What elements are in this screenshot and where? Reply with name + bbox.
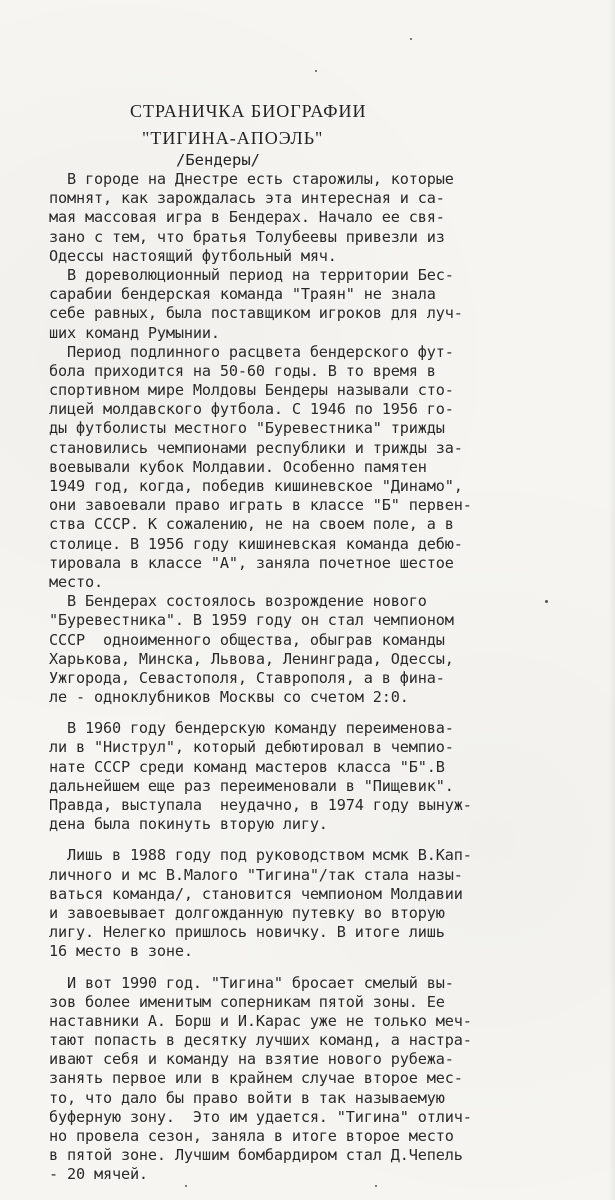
ink-speck	[375, 1185, 377, 1187]
text-line: занять первое или в крайнем случае второ…	[49, 1069, 609, 1088]
city-heading: /Бендеры/	[176, 151, 260, 169]
document-body: В городе на Днестре есть старожилы, кото…	[49, 170, 609, 1185]
text-line: ваться команда/, становится чемпионом Мо…	[49, 885, 609, 904]
text-line: в пятой зоне. Лучшим бомбардиром стал Д.…	[49, 1146, 609, 1165]
text-line: ивают себя и команду на взятие нового ру…	[49, 1050, 609, 1069]
club-name-heading: "ТИГИНА-АПОЭЛЬ"	[142, 128, 323, 149]
text-line: помнят, как зарождалась эта интересная и…	[49, 189, 609, 208]
text-line: ли в "Ниструл", который дебютировал в че…	[49, 738, 609, 757]
text-line: В дореволюционный период на территории Б…	[49, 266, 609, 285]
text-line: Лишь в 1988 году под руководством мсмк В…	[49, 846, 609, 865]
text-line: себе равных, была поставщиком игроков дл…	[49, 304, 609, 323]
text-line: ле - одноклубников Москвы со счетом 2:0.	[49, 688, 609, 707]
text-line: мая массовая игра в Бендерах. Начало ее …	[49, 208, 609, 227]
paragraph: Лишь в 1988 году под руководством мсмк В…	[49, 846, 609, 961]
text-line: Период подлинного расцвета бендерского ф…	[49, 343, 609, 362]
page-edge-shadow	[609, 0, 615, 1200]
text-line: 1949 год, когда, победив кишиневское "Ди…	[49, 477, 609, 496]
text-line: ды футболисты местного "Буревестника" тр…	[49, 419, 609, 438]
paragraph: В 1960 году бендерскую команду переимено…	[49, 719, 609, 834]
text-line: и завоевывает долгожданную путевку во вт…	[49, 904, 609, 923]
text-line: зов более именитым соперникам пятой зоны…	[49, 993, 609, 1012]
text-line: бола приходится на 50-60 годы. В то врем…	[49, 362, 609, 381]
text-line: ших команд Румынии.	[49, 324, 609, 343]
paragraph: Период подлинного расцвета бендерского ф…	[49, 343, 609, 592]
text-line: Ужгорода, Севастополя, Ставрополя, а в ф…	[49, 669, 609, 688]
text-line: сарабии бендерская команда "Траян" не зн…	[49, 285, 609, 304]
text-line: ства СССР. К сожалению, не на своем поле…	[49, 515, 609, 534]
text-line: столице. В 1956 году кишиневская команда…	[49, 535, 609, 554]
text-line: личного и мс В.Малого "Тигина"/так стала…	[49, 866, 609, 885]
text-line: В городе на Днестре есть старожилы, кото…	[49, 170, 609, 189]
paragraph: И вот 1990 год. "Тигина" бросает смелый …	[49, 974, 609, 1185]
text-line: но провела сезон, заняла в итоге второе …	[49, 1127, 609, 1146]
text-line: то, что дало бы право войти в так называ…	[49, 1089, 609, 1108]
text-line: зано с тем, что братья Толубеевы привезл…	[49, 228, 609, 247]
text-line: становились чемпионами республики и триж…	[49, 439, 609, 458]
text-line: И вот 1990 год. "Тигина" бросает смелый …	[49, 974, 609, 993]
text-line: Харькова, Минска, Львова, Ленинграда, Од…	[49, 650, 609, 669]
ink-speck	[315, 70, 317, 72]
text-line: они завоевали право играть в классе "Б" …	[49, 496, 609, 515]
text-line: 16 место в зоне.	[49, 942, 609, 961]
ink-speck	[545, 600, 548, 603]
document-title: СТРАНИЧКА БИОГРАФИИ	[130, 101, 366, 122]
text-line: спортивном мире Молдовы Бендеры называли…	[49, 381, 609, 400]
text-line: дальнейшем еще раз переименовали в "Пище…	[49, 777, 609, 796]
text-line: наставники А. Борш и И.Карас уже не толь…	[49, 1012, 609, 1031]
text-line: Одессы настоящий футбольный мяч.	[49, 247, 609, 266]
text-line: буферную зону. Это им удается. "Тигина" …	[49, 1108, 609, 1127]
text-line: тировала в классе "А", заняла почетное ш…	[49, 554, 609, 573]
text-line: тают попасть в десятку лучших команд, а …	[49, 1031, 609, 1050]
text-line: СССР одноименного общества, обыграв кома…	[49, 631, 609, 650]
text-line: В Бендерах состоялось возрождение нового	[49, 592, 609, 611]
text-line: - 20 мячей.	[49, 1165, 609, 1184]
text-line: "Буревестника". В 1959 году он стал чемп…	[49, 611, 609, 630]
text-line: Правда, выступала неудачно, в 1974 году …	[49, 796, 609, 815]
text-line: воевывали кубок Молдавии. Особенно памят…	[49, 458, 609, 477]
text-line: место.	[49, 573, 609, 592]
text-line: лигу. Нелегко пришлось новичку. В итоге …	[49, 923, 609, 942]
paragraph: В дореволюционный период на территории Б…	[49, 266, 609, 343]
text-line: дена была покинуть вторую лигу.	[49, 815, 609, 834]
text-line: нате СССР среди команд мастеров класса "…	[49, 758, 609, 777]
text-line: В 1960 году бендерскую команду переимено…	[49, 719, 609, 738]
text-line: лицей молдавского футбола. С 1946 по 195…	[49, 400, 609, 419]
paragraph: В Бендерах состоялось возрождение нового…	[49, 592, 609, 707]
ink-speck	[185, 1185, 187, 1187]
paragraph: В городе на Днестре есть старожилы, кото…	[49, 170, 609, 266]
ink-speck	[410, 38, 412, 40]
